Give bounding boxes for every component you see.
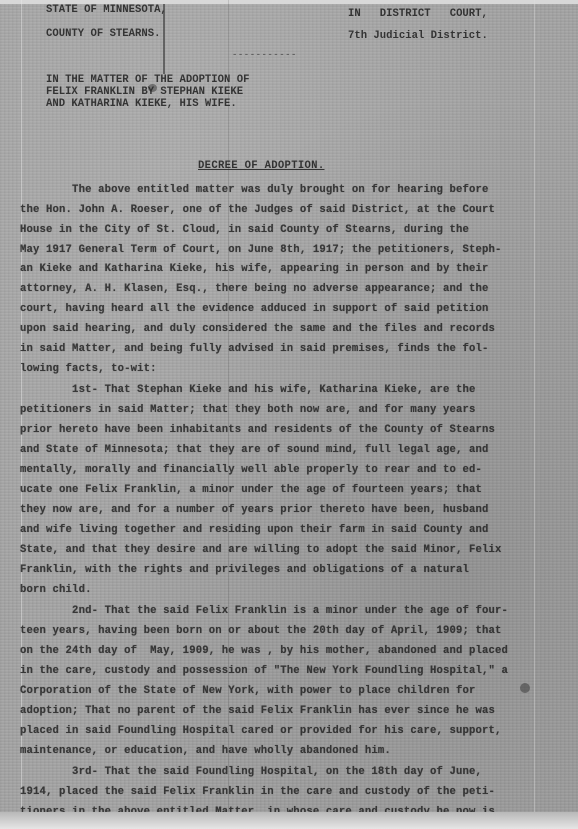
caption-county: COUNTY OF STEARNS. (46, 28, 160, 40)
matter-line-2: FELIX FRANKLIN BY STEPHAN KIEKE (46, 86, 243, 98)
body-line: on the 24th day of May, 1909, he was , b… (20, 645, 508, 657)
body-line: prior hereto have been inhabitants and r… (20, 424, 495, 436)
body-line: and State of Minnesota; that they are of… (20, 444, 489, 456)
body-line: May 1917 General Term of Court, on June … (20, 244, 502, 256)
body-line: 1st- That Stephan Kieke and his wife, Ka… (20, 384, 476, 396)
body-line: House in the City of St. Cloud, in said … (20, 224, 469, 236)
body-line: mentally, morally and financially well a… (20, 464, 482, 476)
matter-line-3: AND KATHARINA KIEKE, HIS WIFE. (46, 98, 237, 110)
document-title: DECREE OF ADOPTION. (198, 160, 325, 172)
body-line: an Kieke and Katharina Kieke, his wife, … (20, 263, 489, 275)
body-line: State, and that they desire and are will… (20, 544, 502, 556)
body-line: teen years, having been born on or about… (20, 625, 502, 637)
caption-bracket (163, 4, 165, 74)
fold-crease-right (534, 0, 535, 829)
body-line: court, having heard all the evidence add… (20, 303, 489, 315)
scanned-document-page: STATE OF MINNESOTA, COUNTY OF STEARNS. I… (0, 0, 578, 829)
body-line: petitioners in said Matter; that they bo… (20, 404, 476, 416)
body-line: in said Matter, and being fully advised … (20, 343, 489, 355)
caption-district: 7th Judicial District. (348, 30, 488, 42)
body-line: Corporation of the State of New York, wi… (20, 685, 476, 697)
ink-smudge (520, 683, 530, 693)
body-line: in the care, custody and possession of "… (20, 665, 508, 677)
body-line: upon said hearing, and duly considered t… (20, 323, 495, 335)
body-line: they now are, and for a number of years … (20, 504, 489, 516)
body-line: The above entitled matter was duly broug… (20, 184, 489, 196)
caption-court: IN DISTRICT COURT, (348, 8, 488, 20)
body-line: 3rd- That the said Foundling Hospital, o… (20, 766, 482, 778)
ink-smudge (148, 84, 157, 92)
caption-state: STATE OF MINNESOTA, (46, 4, 167, 16)
body-line: 2nd- That the said Felix Franklin is a m… (20, 605, 508, 617)
body-line: lowing facts, to-wit: (20, 363, 157, 375)
body-line: 1914, placed the said Felix Franklin in … (20, 786, 495, 798)
body-line: Franklin, with the rights and privileges… (20, 564, 469, 576)
body-line: maintenance, or education, and have whol… (20, 745, 391, 757)
body-line: attorney, A. H. Klasen, Esq., there bein… (20, 283, 489, 295)
page-bottom-edge (0, 812, 578, 829)
caption-separator: ----------- (232, 50, 297, 60)
body-line: placed in said Foundling Hospital cared … (20, 725, 502, 737)
body-line: ucate one Felix Franklin, a minor under … (20, 484, 482, 496)
body-line: the Hon. John A. Roeser, one of the Judg… (20, 204, 495, 216)
body-line: and wife living together and residing up… (20, 524, 489, 536)
body-line: adoption; That no parent of the said Fel… (20, 705, 495, 717)
body-line: born child. (20, 584, 92, 596)
matter-line-1: IN THE MATTER OF THE ADOPTION OF (46, 74, 249, 86)
